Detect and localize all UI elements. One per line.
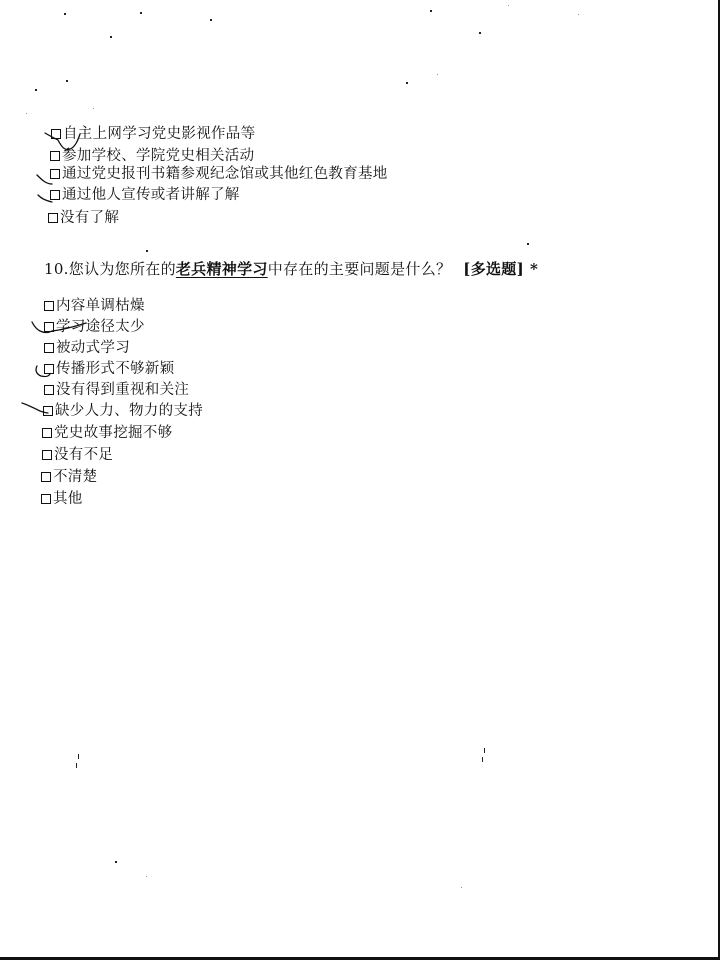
scan-speck [461,887,462,888]
checkbox-icon[interactable] [44,301,54,311]
scan-speck [527,243,529,245]
option-label: 没有了解 [60,209,119,227]
option-label: 参加学校、学院党史相关活动 [62,147,254,165]
scan-speck [482,757,483,762]
option-label: 没有不足 [54,446,113,464]
checkbox-icon[interactable] [41,472,51,482]
scan-speck [140,12,142,14]
checkbox-option[interactable]: 被动式学习 [44,339,130,357]
checkbox-option[interactable]: 传播形式不够新颖 [44,360,174,378]
checkbox-icon[interactable] [42,450,52,460]
option-label: 被动式学习 [56,339,130,357]
option-label: 没有得到重视和关注 [56,381,189,399]
checkbox-icon[interactable] [44,343,54,353]
required-asterisk: * [530,259,538,279]
scan-speck [146,250,148,252]
scan-speck [146,876,147,877]
checkbox-option[interactable]: 党史故事挖掘不够 [42,424,172,442]
question-10-title: 10. 您认为您所在的 老兵精神学习 中存在的主要问题是什么？ [多选题] * [44,259,538,279]
scan-speck [35,89,37,91]
option-label: 内容单调枯燥 [56,297,145,315]
scan-speck [115,861,117,863]
checkbox-option[interactable]: 没有不足 [42,446,113,464]
checkbox-icon[interactable] [50,151,60,161]
option-label: 学习途径太少 [56,318,145,336]
checkbox-option[interactable]: 学习途径太少 [44,318,145,336]
checkbox-icon[interactable] [51,129,61,139]
checkbox-icon[interactable] [43,406,53,416]
scan-speck [437,74,438,75]
scan-speck [430,10,432,12]
scan-speck [210,19,212,21]
checkbox-icon[interactable] [50,169,60,179]
question-number: 10. [44,259,69,279]
option-label: 不清楚 [53,468,97,486]
checkbox-icon[interactable] [44,385,54,395]
option-label: 其他 [53,490,83,508]
checkbox-option[interactable]: 内容单调枯燥 [44,297,145,315]
scan-speck [479,32,481,34]
checkbox-icon[interactable] [44,322,54,332]
option-label: 缺少人力、物力的支持 [55,402,203,420]
checkbox-icon[interactable] [50,190,60,200]
handwritten-check-marks [0,0,720,960]
checkbox-icon[interactable] [44,364,54,374]
scan-speck [78,754,79,759]
checkbox-option[interactable]: 自主上网学习党史影视作品等 [51,125,255,143]
scan-speck [110,36,112,38]
checkbox-option[interactable]: 没有了解 [48,209,119,227]
checkbox-option[interactable]: 参加学校、学院党史相关活动 [50,147,254,165]
checkbox-option[interactable]: 缺少人力、物力的支持 [43,402,203,420]
multi-select-tag: [多选题] [463,259,524,279]
scanned-page: 自主上网学习党史影视作品等 参加学校、学院党史相关活动 通过党史报刊书籍参观纪念… [0,0,720,960]
option-label: 传播形式不够新颖 [56,360,174,378]
option-label: 自主上网学习党史影视作品等 [63,125,255,143]
scan-speck [26,113,27,114]
checkbox-option[interactable]: 通过党史报刊书籍参观纪念馆或其他红色教育基地 [50,165,388,183]
checkbox-option[interactable]: 不清楚 [41,468,97,486]
checkbox-icon[interactable] [41,494,51,504]
option-label: 党史故事挖掘不够 [54,424,172,442]
scan-speck [484,748,485,753]
checkbox-option[interactable]: 没有得到重视和关注 [44,381,189,399]
option-label: 通过他人宣传或者讲解了解 [62,186,240,204]
question-prefix: 您认为您所在的 [69,259,176,279]
option-label: 通过党史报刊书籍参观纪念馆或其他红色教育基地 [62,165,388,183]
scan-speck [64,13,66,15]
question-suffix: 中存在的主要问题是什么？ [268,259,452,279]
scan-speck [93,108,94,109]
checkbox-option[interactable]: 通过他人宣传或者讲解了解 [50,186,240,204]
checkbox-icon[interactable] [48,213,58,223]
question-underlined-term: 老兵精神学习 [176,259,268,279]
checkbox-option[interactable]: 其他 [41,490,83,508]
scan-speck [406,82,408,84]
scan-speck [578,14,579,15]
checkbox-icon[interactable] [42,428,52,438]
scan-speck [76,763,77,768]
scan-speck [508,5,509,6]
scan-speck [66,80,68,82]
